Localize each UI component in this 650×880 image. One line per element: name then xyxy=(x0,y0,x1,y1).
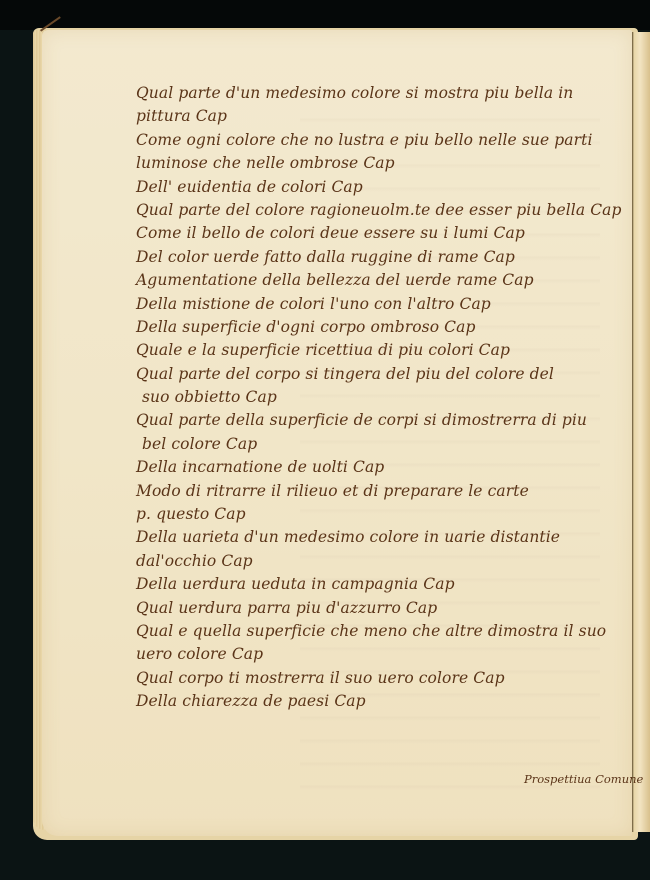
text-line: Qual parte del corpo si tingera del piu … xyxy=(136,363,576,386)
text-line: Della mistione de colori l'uno con l'alt… xyxy=(136,293,576,316)
text-line: Agumentatione della bellezza del uerde r… xyxy=(136,269,576,292)
text-line: Qual parte del colore ragioneuolm.te dee… xyxy=(136,199,576,222)
text-line: Come il bello de colori deue essere su i… xyxy=(136,222,576,245)
text-line: Della uarieta d'un medesimo colore in ua… xyxy=(136,526,576,549)
text-line: Della incarnatione de uolti Cap xyxy=(136,456,576,479)
text-line: Della uerdura ueduta in campagnia Cap xyxy=(136,573,576,596)
text-line: p. questo Cap xyxy=(136,503,576,526)
dark-backdrop xyxy=(0,0,650,30)
text-line: Quale e la superficie ricettiua di piu c… xyxy=(136,339,576,362)
text-line: dal'occhio Cap xyxy=(136,550,576,573)
text-line: Dell' euidentia de colori Cap xyxy=(136,176,576,199)
margin-note: Prospettiua Comune xyxy=(524,772,643,786)
text-line: Qual corpo ti mostrerra il suo uero colo… xyxy=(136,667,576,690)
text-line: Della chiarezza de paesi Cap xyxy=(136,690,576,713)
text-line: uero colore Cap xyxy=(136,643,576,666)
facing-page-edge xyxy=(632,32,650,832)
text-line: Qual parte d'un medesimo colore si mostr… xyxy=(136,82,576,105)
text-line: Del color uerde fatto dalla ruggine di r… xyxy=(136,246,576,269)
text-line: Come ogni colore che no lustra e piu bel… xyxy=(136,129,576,152)
text-line: luminose che nelle ombrose Cap xyxy=(136,152,576,175)
text-line: bel colore Cap xyxy=(136,433,576,456)
chapter-list: Qual parte d'un medesimo colore si mostr… xyxy=(136,82,576,714)
text-line: Qual parte della superficie de corpi si … xyxy=(136,409,576,432)
text-line: pittura Cap xyxy=(136,105,576,128)
text-line: suo obbietto Cap xyxy=(136,386,576,409)
text-line: Modo di ritrarre il rilieuo et di prepar… xyxy=(136,480,576,503)
text-line: Della superficie d'ogni corpo ombroso Ca… xyxy=(136,316,576,339)
text-line: Qual e quella superficie che meno che al… xyxy=(136,620,576,643)
text-line: Qual uerdura parra piu d'azzurro Cap xyxy=(136,597,576,620)
